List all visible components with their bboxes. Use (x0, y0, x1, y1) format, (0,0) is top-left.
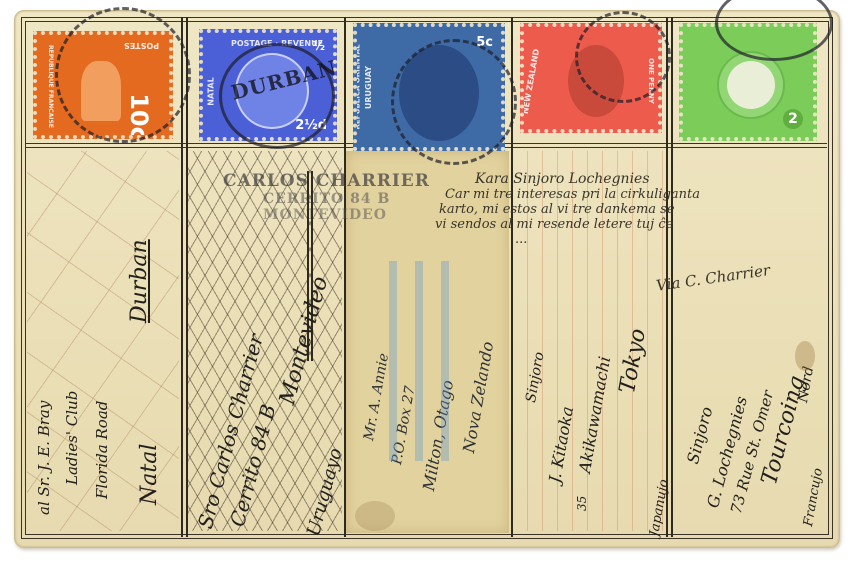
address-natal-line5: Natal (137, 444, 162, 505)
rubber-stamp-line1: CARLOS CHARRIER (223, 171, 430, 191)
cancel-mark-newzealand (575, 11, 671, 103)
message-line5: ... (515, 232, 852, 247)
blue-pencil-marks (371, 261, 461, 461)
message-line3: karto, mi estos al vi tre dankema se (439, 202, 819, 217)
cancel-mark-france (55, 7, 191, 143)
stamp-france-side: REPUBLIQUE FRANCAISE (47, 45, 54, 128)
stamp-natal-side: NATAL (207, 77, 216, 105)
message-line2: Car mi tre interesas pri la cirkuliganta (445, 187, 825, 202)
address-natal-line3: Florida Road (93, 401, 111, 499)
address-natal-line4: Durban (127, 239, 152, 323)
cancel-mark-durban: DURBAN (219, 43, 335, 149)
stamp-natal-corner: ½ (313, 39, 325, 53)
chrysanthemum-crest (727, 61, 775, 109)
rubber-stamp-sender: CARLOS CHARRIER CERRITO 84 B MONTEVIDEO (223, 171, 430, 223)
cancel-mark-montevideo (391, 39, 517, 165)
stamp-uruguay-side: URUGUAY (364, 66, 373, 109)
address-natal-line2: Ladies' Club (63, 391, 81, 485)
message-line4: vi sendos al mi resende letere tuj ĉe (435, 217, 815, 232)
stamp-uruguay-label: REPUBLICA ORIENTAL (354, 44, 362, 129)
stamp-japan-value: 2 (783, 109, 803, 129)
stain (355, 501, 395, 531)
stamp-newzealand-label: NEW ZEALAND (521, 48, 541, 114)
stain (795, 341, 815, 371)
postcard: POSTES REPUBLIQUE FRANCAISE 10c POSTAGE … (14, 10, 840, 548)
message-block: Kara Sinjoro Lochegnies Car mi tre inter… (445, 171, 825, 265)
address-natal-line1: al Sr. J. E. Bray (35, 401, 53, 515)
cancel-text-durban: DURBAN (229, 55, 340, 104)
message-line1: Kara Sinjoro Lochegnies (475, 171, 852, 187)
address-japan-number: 35 (575, 496, 589, 511)
